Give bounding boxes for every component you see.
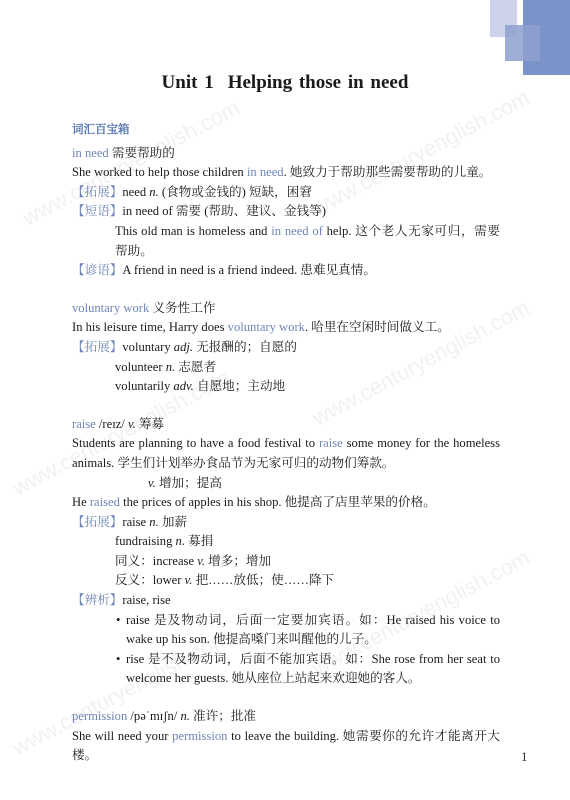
analysis-note: 【辨析】raise, rise bbox=[72, 591, 500, 611]
second-sense: v. 增加；提高 bbox=[72, 474, 500, 494]
phonetic: /reɪz/ bbox=[96, 417, 128, 431]
phrase-note: 【短语】in need of 需要 (帮助、建议、金钱等) bbox=[72, 202, 500, 222]
headword-meaning: 需要帮助的 bbox=[112, 146, 175, 160]
example-highlight: in need bbox=[247, 165, 284, 179]
headword-meaning: 义务性工作 bbox=[152, 301, 215, 315]
analysis-bullet: •raise 是及物动词，后面一定要加宾语。如：He raised his vo… bbox=[72, 611, 500, 650]
expand-item: 同义：increase v. 增多；增加 bbox=[72, 552, 500, 572]
vocab-entry-voluntary-work: voluntary work 义务性工作 In his leisure time… bbox=[72, 299, 500, 397]
expand-note: 【拓展】need n. (食物或金钱的) 短缺，困窘 bbox=[72, 183, 500, 203]
unit-title: Helping those in need bbox=[228, 72, 409, 93]
proverb-tag: 【谚语】 bbox=[72, 263, 122, 277]
vocab-entry-in-need: in need 需要帮助的 She worked to help those c… bbox=[72, 144, 500, 281]
vocabulary-content: 词汇百宝箱 in need 需要帮助的 She worked to help t… bbox=[72, 120, 500, 778]
expand-item: voluntarily adv. 自愿地；主动地 bbox=[72, 377, 500, 397]
page-number: 1 bbox=[521, 749, 528, 765]
analysis-bullet: •rise 是不及物动词，后面不能加宾语。如：She rose from her… bbox=[72, 650, 500, 689]
bullet-icon: • bbox=[116, 611, 126, 631]
example-sentence: In his leisure time, Harry does voluntar… bbox=[72, 318, 500, 338]
entry-headword-line: voluntary work 义务性工作 bbox=[72, 299, 500, 319]
bullet-icon: • bbox=[116, 650, 126, 670]
phrase-tag: 【短语】 bbox=[72, 204, 122, 218]
example-sentence: He raised the prices of apples in his sh… bbox=[72, 493, 500, 513]
proverb-note: 【谚语】A friend in need is a friend indeed.… bbox=[72, 261, 500, 281]
expand-tag: 【拓展】 bbox=[72, 515, 122, 529]
phonetic: /pəˈmɪʃn/ bbox=[127, 709, 180, 723]
expand-item: fundraising n. 募捐 bbox=[72, 532, 500, 552]
example-sentence: She worked to help those children in nee… bbox=[72, 163, 500, 183]
vocab-entry-raise: raise /reɪz/ v. 筹募 Students are planning… bbox=[72, 415, 500, 689]
vocab-entry-permission: permission /pəˈmɪʃn/ n. 准许；批准 She will n… bbox=[72, 707, 500, 766]
expand-item: 反义：lower v. 把……放低；使……降下 bbox=[72, 571, 500, 591]
expand-item: volunteer n. 志愿者 bbox=[72, 358, 500, 378]
unit-label: Unit 1 bbox=[162, 72, 214, 93]
example-sentence: She will need your permission to leave t… bbox=[72, 727, 500, 766]
entry-headword-line: raise /reɪz/ v. 筹募 bbox=[72, 415, 500, 435]
expand-note: 【拓展】voluntary adj. 无报酬的；自愿的 bbox=[72, 338, 500, 358]
headword: raise bbox=[72, 417, 96, 431]
section-heading: 词汇百宝箱 bbox=[72, 120, 500, 140]
corner-decoration-mid bbox=[505, 25, 540, 61]
analysis-tag: 【辨析】 bbox=[72, 593, 122, 607]
page-title: Unit 1Helping those in need bbox=[0, 72, 570, 94]
entry-headword-line: permission /pəˈmɪʃn/ n. 准许；批准 bbox=[72, 707, 500, 727]
expand-note: 【拓展】raise n. 加薪 bbox=[72, 513, 500, 533]
headword: in need bbox=[72, 146, 109, 160]
example-sentence: Students are planning to have a food fes… bbox=[72, 434, 500, 473]
headword: voluntary work bbox=[72, 301, 149, 315]
headword: permission bbox=[72, 709, 127, 723]
expand-tag: 【拓展】 bbox=[72, 185, 122, 199]
entry-headword-line: in need 需要帮助的 bbox=[72, 144, 500, 164]
expand-tag: 【拓展】 bbox=[72, 340, 122, 354]
phrase-example: This old man is homeless and in need of … bbox=[72, 222, 500, 261]
